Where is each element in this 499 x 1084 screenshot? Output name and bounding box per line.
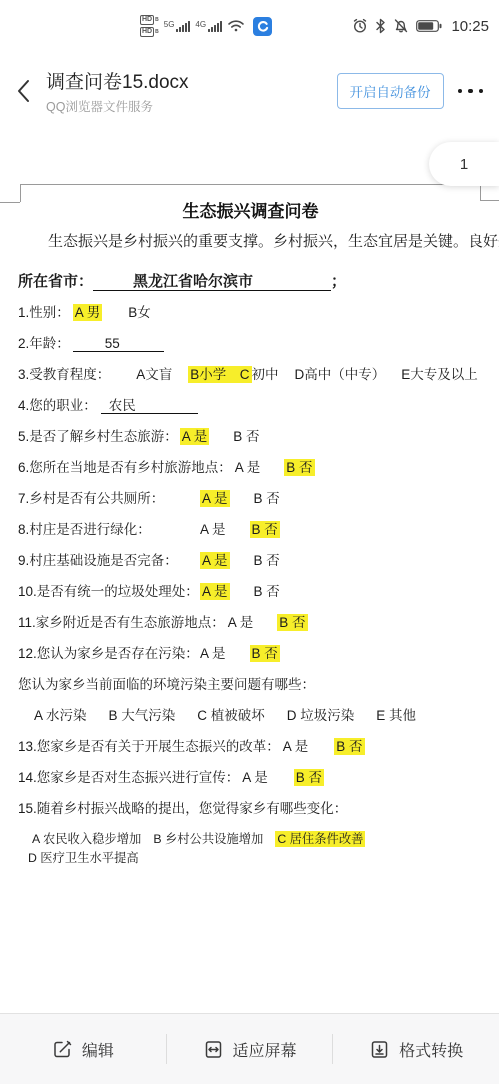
text-segment: 6.您所在当地是否有乡村旅游地点：	[18, 460, 232, 475]
text-segment: 2.年龄：	[18, 336, 70, 351]
text-segment: A 是	[228, 615, 254, 630]
text-segment: 7.乡村是否有公共厕所：	[18, 489, 200, 508]
text-segment: B女	[128, 305, 151, 320]
edit-button[interactable]: 编辑	[0, 1014, 166, 1084]
wifi-icon	[227, 19, 245, 33]
text-segment: 生态振兴调查问卷	[183, 202, 319, 221]
fit-screen-label: 适应屏幕	[233, 1038, 297, 1061]
more-options-button[interactable]	[444, 71, 499, 111]
question-9: 9.村庄基础设施是否完备：A 是B 否	[18, 551, 483, 570]
text-segment: 3.受教育程度：	[18, 367, 110, 382]
document-page: 生态振兴调查问卷生态振兴是乡村振兴的重要支撑。乡村振兴，生态宜居是关键。良好生态…	[0, 184, 499, 868]
signal-4g-icon: 4G	[195, 21, 222, 32]
text-segment: 11.家乡附近是否有生态旅游地点：	[18, 615, 225, 630]
text-segment: 生态振兴是乡村振兴的重要支撑。乡村振兴，生态宜居是关键。良好生态环境是农村最大优…	[48, 233, 499, 250]
text-segment: 10.是否有统一的垃圾处理处：	[18, 582, 200, 601]
text-segment: 55	[73, 336, 164, 352]
back-chevron-icon	[17, 79, 30, 103]
format-convert-icon	[369, 1039, 390, 1060]
document-title: 调查问卷15.docx	[46, 67, 189, 94]
alarm-icon	[352, 18, 368, 34]
text-segment: 您认为家乡当前面临的环境污染主要问题有哪些：	[18, 677, 315, 692]
highlighted-answer: A 是	[200, 490, 230, 507]
fit-screen-icon	[203, 1039, 224, 1060]
text-segment: A 水污染	[34, 708, 87, 723]
highlighted-answer: B 否	[277, 614, 307, 631]
highlighted-answer: C 居住条件改善	[275, 831, 365, 847]
text-segment: 所在省市：	[18, 273, 93, 290]
question-14: 14.您家乡是否对生态振兴进行宣传：A 是B 否	[18, 768, 483, 787]
edit-icon	[52, 1039, 73, 1060]
text-segment: 8.村庄是否进行绿化：	[18, 520, 200, 539]
text-segment: B 否	[254, 553, 280, 568]
dot-icon	[468, 89, 473, 94]
highlighted-answer: B 否	[334, 738, 364, 755]
text-segment: A 是	[283, 739, 309, 754]
dot-icon	[458, 89, 463, 94]
text-segment: D 医疗卫生水平提高	[28, 851, 139, 865]
question-1: 1.性别：A 男B女	[18, 303, 483, 322]
highlighted-answer: B 否	[250, 521, 280, 538]
text-segment: C 植被破坏	[197, 708, 265, 723]
document-lines: 生态振兴调查问卷生态振兴是乡村振兴的重要支撑。乡村振兴，生态宜居是关键。良好生态…	[18, 202, 483, 868]
highlighted-answer: A 是	[200, 583, 230, 600]
question-12: 12.您认为家乡是否存在污染：A 是B 否	[18, 644, 483, 663]
fit-screen-button[interactable]: 适应屏幕	[167, 1014, 333, 1084]
highlighted-answer: B 否	[284, 459, 314, 476]
format-convert-label: 格式转换	[399, 1038, 463, 1061]
highlighted-answer: A 是	[180, 428, 210, 445]
service-subtitle: QQ浏览器文件服务	[46, 97, 189, 115]
question-15: 15.随着乡村振兴战略的提出，您觉得家乡有哪些变化：	[18, 799, 483, 818]
highlighted-answer: A 是	[200, 552, 230, 569]
text-segment: A 是	[200, 522, 226, 537]
text-segment: 12.您认为家乡是否存在污染：	[18, 644, 200, 663]
question-3: 3.受教育程度：A文盲B小学 C初中D高中（中专）E大专及以上	[18, 365, 483, 384]
question-10: 10.是否有统一的垃圾处理处：A 是B 否	[18, 582, 483, 601]
question-6: 6.您所在当地是否有乡村旅游地点：A 是B 否	[18, 458, 483, 477]
question-7: 7.乡村是否有公共厕所：A 是B 否	[18, 489, 483, 508]
text-segment: B 否	[254, 584, 280, 599]
text-segment: 初中	[252, 367, 279, 382]
text-segment: A 是	[242, 770, 268, 785]
status-left-cluster: HDB HDB 5G 4G	[140, 15, 272, 37]
status-bar: HDB HDB 5G 4G	[0, 0, 499, 52]
dot-icon	[479, 89, 484, 94]
mute-icon	[393, 18, 409, 34]
highlighted-answer: B小学 C	[188, 366, 251, 383]
question-11: 11.家乡附近是否有生态旅游地点：A 是B 否	[18, 613, 483, 632]
text-segment: 4.您的职业：	[18, 398, 97, 413]
text-segment: 1.性别：	[18, 305, 70, 320]
text-segment: 5.是否了解乡村生态旅游：	[18, 429, 178, 444]
question-15-options: A 农民收入稳步增加B 乡村公共设施增加C 居住条件改善D 医疗卫生水平提高	[18, 830, 483, 868]
text-segment: D 垃圾污染	[287, 708, 355, 723]
question-12-sub: 您认为家乡当前面临的环境污染主要问题有哪些：	[18, 675, 483, 694]
text-segment: A文盲	[136, 367, 172, 382]
text-segment: 农民	[101, 398, 198, 414]
bottom-toolbar: 编辑 适应屏幕 格式转换	[0, 1013, 499, 1084]
text-segment: B 大气污染	[109, 708, 176, 723]
clock-time: 10:25	[451, 18, 489, 35]
file-header: 调查问卷15.docx QQ浏览器文件服务 开启自动备份	[0, 52, 499, 131]
doc-heading: 生态振兴调查问卷	[18, 202, 483, 221]
highlighted-answer: B 否	[250, 645, 280, 662]
back-button[interactable]	[0, 61, 46, 121]
text-segment: 14.您家乡是否对生态振兴进行宣传：	[18, 770, 239, 785]
question-5: 5.是否了解乡村生态旅游：A 是B 否	[18, 427, 483, 446]
text-segment: A 是	[235, 460, 261, 475]
format-convert-button[interactable]: 格式转换	[333, 1014, 499, 1084]
text-segment: 13.您家乡是否有关于开展生态振兴的改革：	[18, 739, 280, 754]
text-segment: E大专及以上	[401, 367, 478, 382]
battery-icon	[416, 19, 442, 33]
question-13: 13.您家乡是否有关于开展生态振兴的改革：A 是B 否	[18, 737, 483, 756]
text-segment: B 否	[233, 429, 259, 444]
page-number-badge: 1	[429, 142, 499, 186]
text-segment: ；	[331, 273, 346, 290]
text-segment: B 乡村公共设施增加	[153, 832, 263, 846]
highlighted-answer: B 否	[294, 769, 324, 786]
highlighted-answer: A 男	[73, 304, 103, 321]
question-8: 8.村庄是否进行绿化：A 是B 否	[18, 520, 483, 539]
header-titles: 调查问卷15.docx QQ浏览器文件服务	[46, 67, 189, 115]
text-segment: B 否	[254, 491, 280, 506]
edit-label: 编辑	[82, 1038, 114, 1061]
signal-5g-icon: 5G	[164, 21, 191, 32]
bluetooth-icon	[375, 18, 386, 34]
hd-volte-icon: HDB HDB	[140, 15, 159, 37]
status-right-cluster: 10:25	[352, 18, 489, 35]
text-segment: 黑龙江省哈尔滨市	[93, 273, 331, 291]
text-segment: A 农民收入稳步增加	[32, 832, 141, 846]
doc-intro-paragraph: 生态振兴是乡村振兴的重要支撑。乡村振兴，生态宜居是关键。良好生态环境是农村最大优…	[18, 227, 483, 257]
qq-browser-icon	[253, 17, 272, 36]
question-4: 4.您的职业：农民	[18, 396, 483, 415]
auto-backup-button[interactable]: 开启自动备份	[337, 73, 444, 109]
question-2: 2.年龄：55	[18, 334, 483, 353]
text-segment: A 是	[200, 646, 226, 661]
text-segment: D高中（中专）	[295, 367, 386, 382]
text-segment: E 其他	[376, 708, 416, 723]
text-segment: 9.村庄基础设施是否完备：	[18, 551, 200, 570]
document-viewport[interactable]: 1 生态振兴调查问卷生态振兴是乡村振兴的重要支撑。乡村振兴，生态宜居是关键。良好…	[0, 130, 499, 1014]
text-segment: 15.随着乡村振兴战略的提出，您觉得家乡有哪些变化：	[18, 801, 347, 816]
province-field: 所在省市：黑龙江省哈尔滨市；	[18, 272, 483, 291]
question-12-options: A 水污染B 大气污染C 植被破坏D 垃圾污染E 其他	[18, 706, 483, 725]
